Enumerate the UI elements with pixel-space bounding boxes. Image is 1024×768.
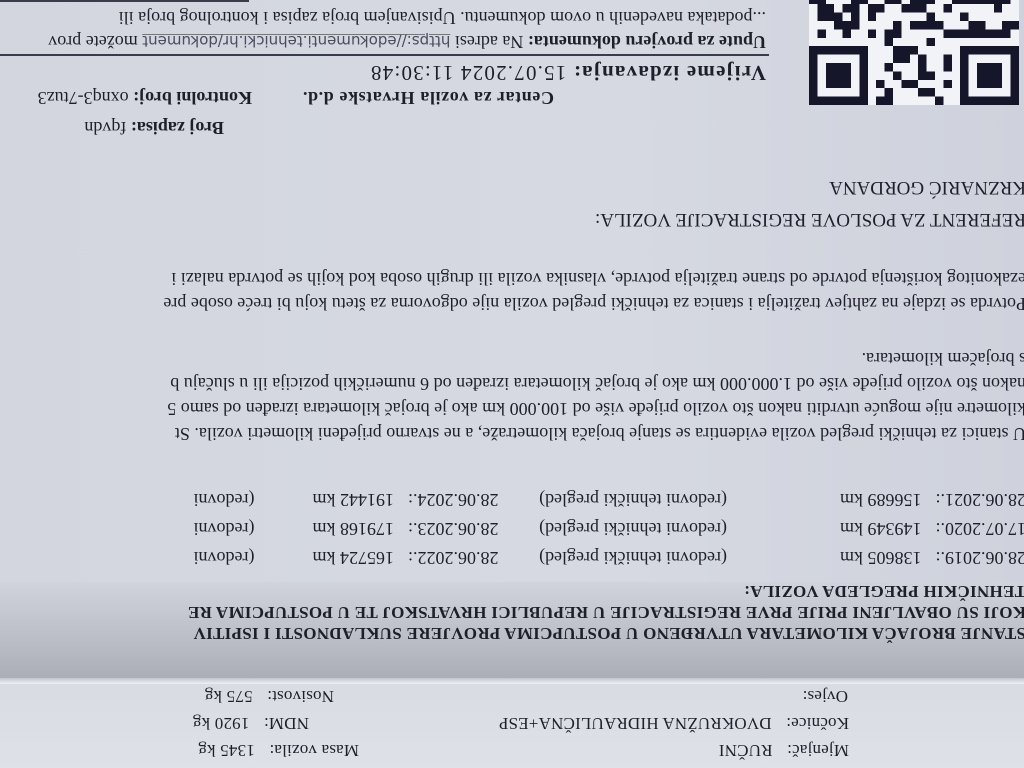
record-number: Broj zapisa: fqvdn	[84, 117, 224, 138]
reading-row: 28.06.2021.: 156689 km (redovni tehnički…	[194, 489, 1024, 510]
verify-instructions-line2: ...podataka navedenih u ovom dokumentu. …	[119, 7, 766, 28]
qr-code-graphic	[809, 0, 1019, 105]
qr-code	[809, 0, 1019, 105]
verify-instructions: Upute za provjeru dokumenta: Na adresi h…	[48, 31, 766, 52]
issuer-name: Centar za vozila Hrvatske d.d.	[302, 87, 554, 108]
verification-link[interactable]: https://edokumenti.tehnicki.hr/dokument	[142, 32, 450, 50]
mileage-note: U stanici za tehnički pregled vozila evi…	[167, 346, 1024, 446]
signature-role: REFERENT ZA POSLOVE REGISTRACIJE VOZILA:	[595, 208, 1024, 230]
spec-load-capacity: Nosivost: 575 kg	[205, 686, 334, 706]
liability-note: Potvrda se izdaje na zahtjev tražitelja …	[163, 266, 1024, 316]
issue-time: Vrijeme izdavanja: 15.07.2024 11:30:48	[370, 60, 766, 85]
reading-row: 28.06.2019.: 138605 km (redovni tehnički…	[194, 547, 1024, 568]
reading-row: 17.07.2020.: 149349 km (redovni tehnički…	[194, 518, 1024, 539]
spec-mass: Masa vozila: 1345 kg	[198, 740, 359, 760]
spec-brakes: Kočnice: DVOKRUŽNA HIDRAULIČNA+ESP	[499, 713, 849, 733]
spec-max-mass: NDM: 1920 kg	[193, 713, 309, 733]
spec-transmission: Mjenjač: RUČNI	[719, 740, 849, 760]
signature-name: KRZNARIĆ GORDANA	[829, 176, 1024, 198]
spec-suspension: Ovjes:	[802, 686, 848, 706]
paper-fold-edge	[0, 678, 1024, 684]
photographed-document: Mjenjač: RUČNI Masa vozila: 1345 kg Kočn…	[0, 0, 1024, 768]
control-number: Kontrolni broj: oxnq3-7tuz3	[38, 87, 252, 108]
footer-divider	[0, 55, 769, 57]
footer-divider-bottom	[0, 1, 249, 3]
odometer-heading: STANJE BROJAČA KILOMETARA UTVRĐENO U POS…	[188, 581, 1024, 644]
